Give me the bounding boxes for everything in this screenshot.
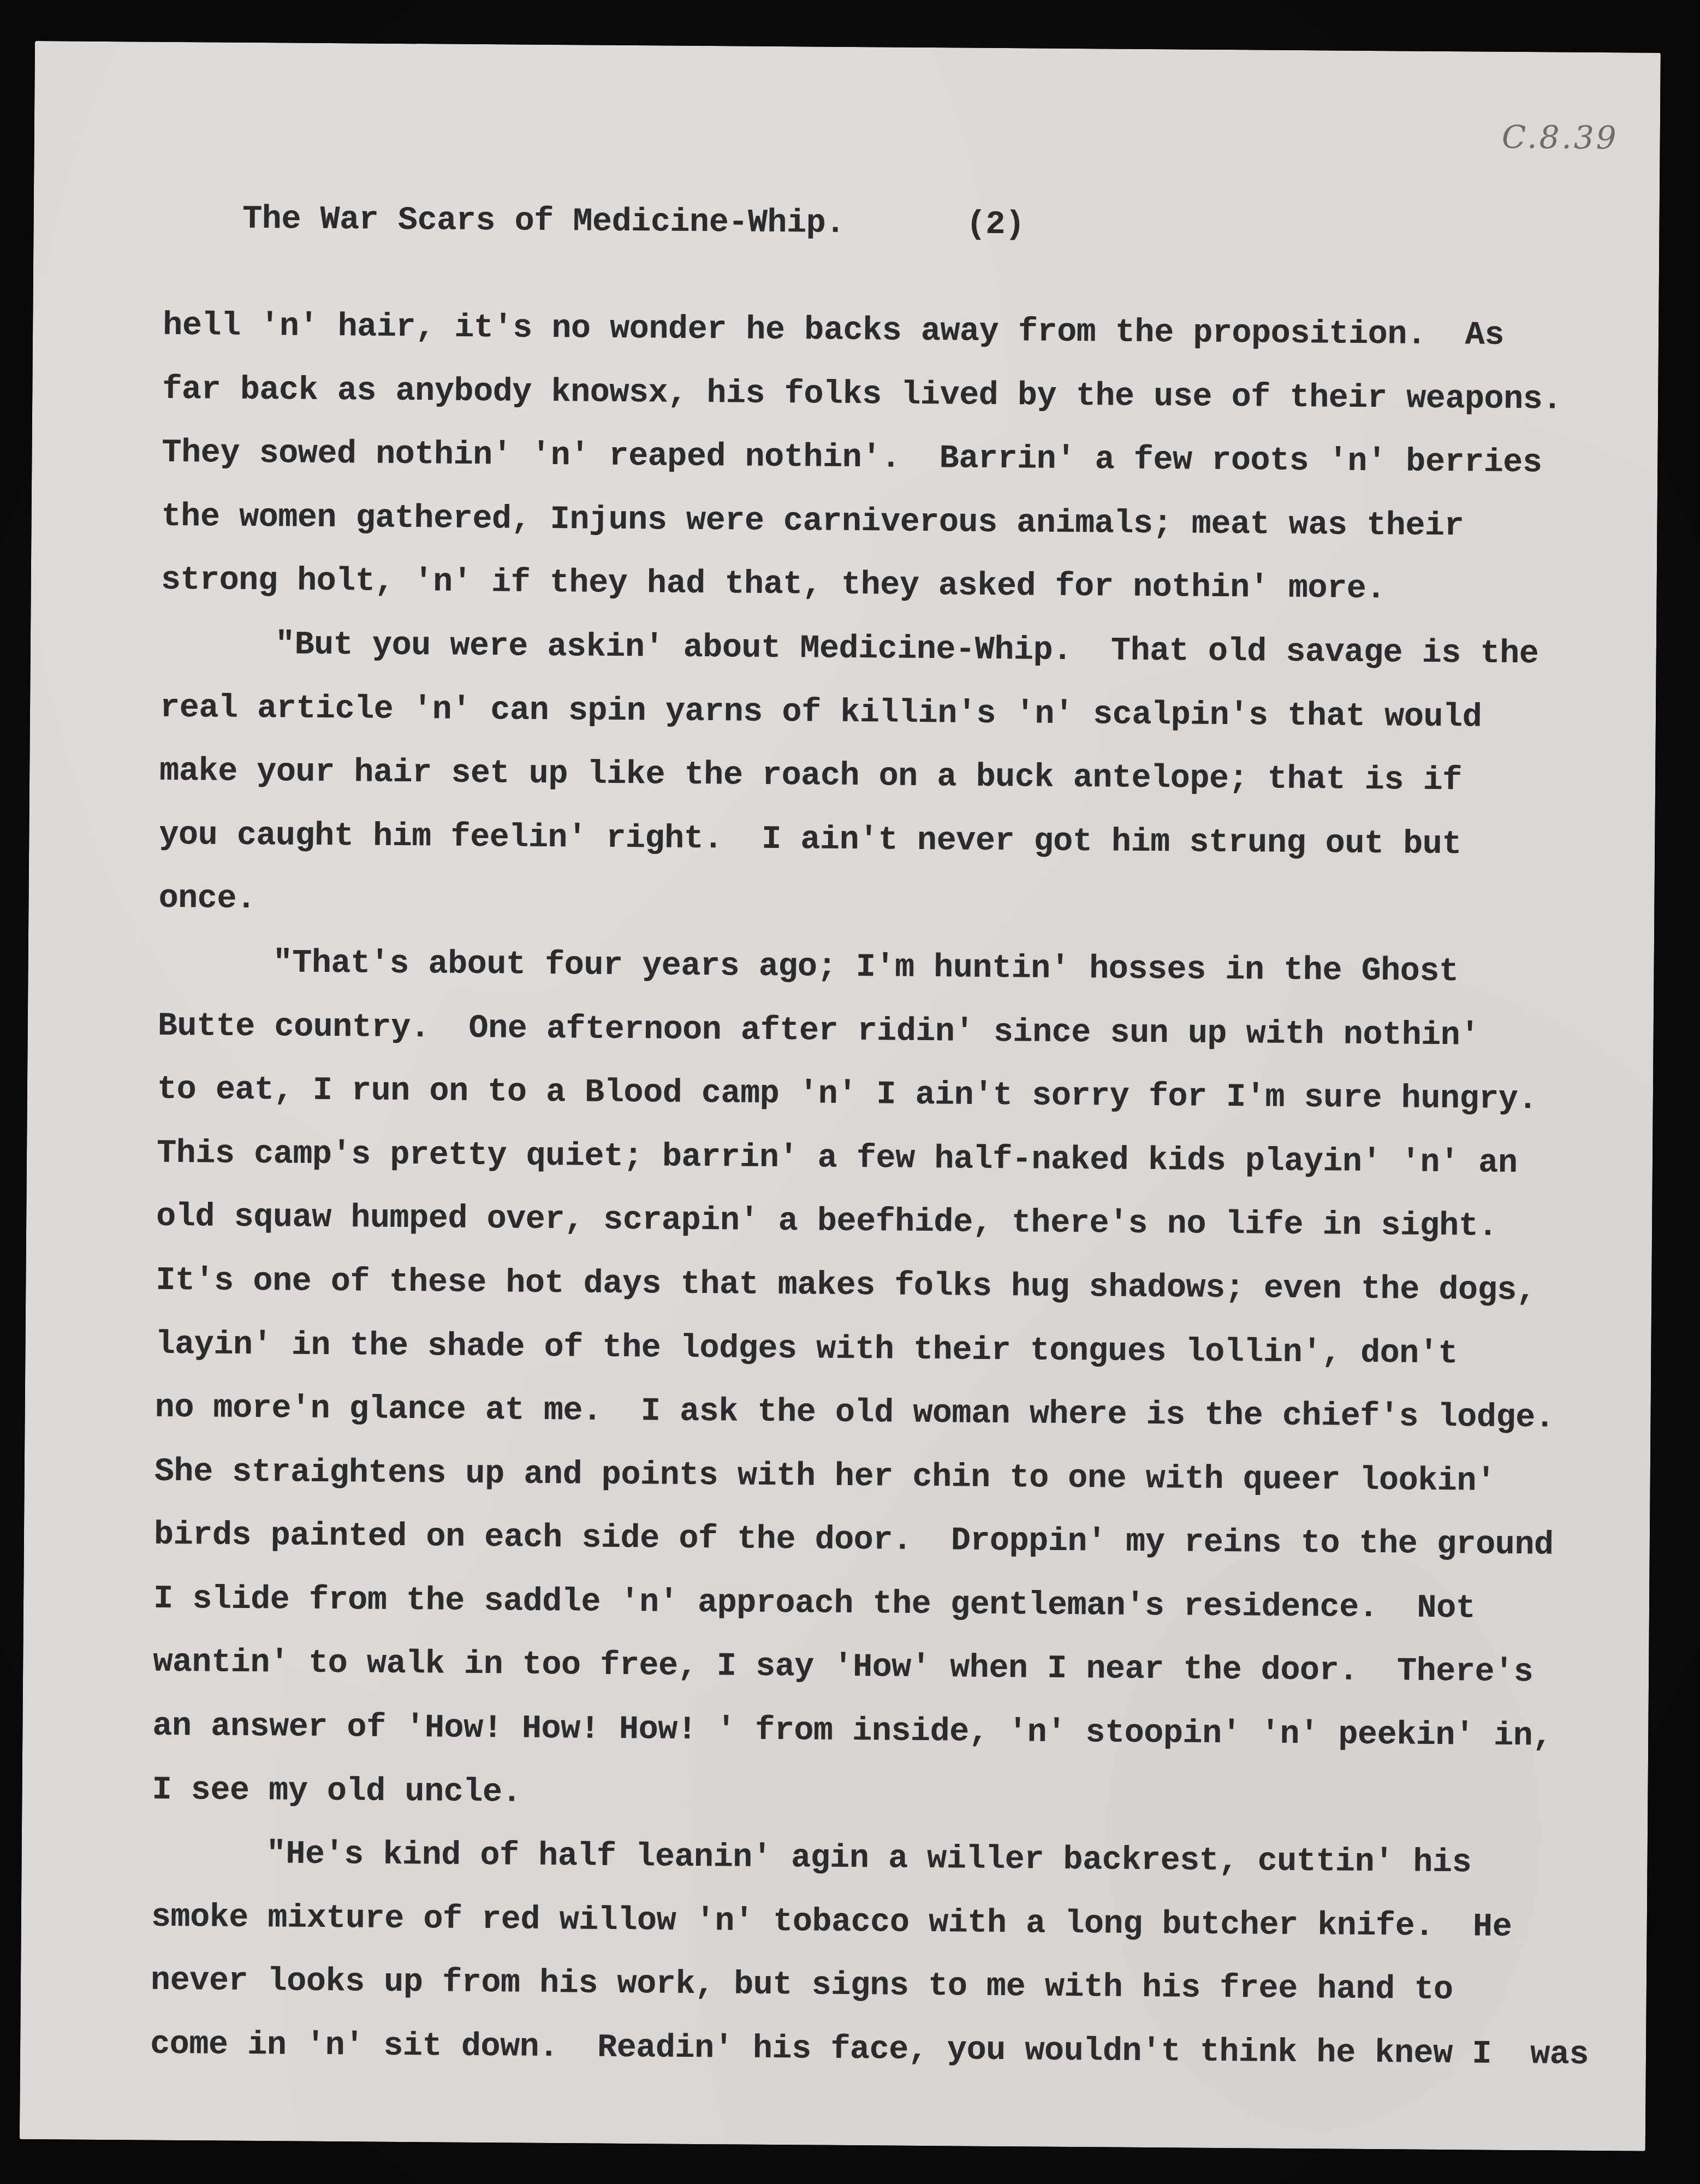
text-line: Butte country. One afternoon after ridin… bbox=[157, 994, 1596, 1069]
body-text: hell 'n' hair, it's no wonder he backs a… bbox=[150, 294, 1602, 2087]
text-line: once. bbox=[158, 867, 1597, 941]
text-line: come in 'n' sit down. Readin' his face, … bbox=[150, 2013, 1589, 2087]
text-line: It's one of these hot days that makes fo… bbox=[156, 1249, 1595, 1324]
text-line: strong holt, 'n' if they had that, they … bbox=[161, 549, 1600, 623]
text-line: to eat, I run on to a Blood camp 'n' I a… bbox=[157, 1058, 1596, 1132]
text-line: an answer of 'How! How! How! ' from insi… bbox=[152, 1695, 1591, 1769]
running-header: The War Scars of Medicine-Whip.(2) bbox=[164, 163, 1025, 281]
archive-reference-mark: C.8.39 bbox=[1502, 118, 1619, 157]
text-line: I slide from the saddle 'n' approach the… bbox=[153, 1568, 1592, 1642]
text-line: layin' in the shade of the lodges with t… bbox=[155, 1313, 1594, 1387]
header-title: The War Scars of Medicine-Whip. bbox=[242, 201, 845, 242]
text-line: wantin' to walk in too free, I say 'How'… bbox=[153, 1631, 1592, 1705]
page-number: (2) bbox=[966, 206, 1025, 244]
text-line: "That's about four years ago; I'm huntin… bbox=[158, 931, 1597, 1005]
text-line: never looks up from his work, but signs … bbox=[151, 1949, 1590, 2023]
text-line: They sowed nothin' 'n' reaped nothin'. B… bbox=[162, 422, 1601, 496]
typewritten-page: C.8.39 The War Scars of Medicine-Whip.(2… bbox=[20, 41, 1661, 2151]
text-line: "He's kind of half leanin' agin a willer… bbox=[151, 1822, 1590, 1896]
text-line: real article 'n' can spin yarns of killi… bbox=[160, 676, 1599, 750]
text-line: make your hair set up like the roach on … bbox=[159, 740, 1598, 814]
text-line: I see my old uncle. bbox=[152, 1758, 1591, 1832]
text-line: no more'n glance at me. I ask the old wo… bbox=[154, 1376, 1594, 1451]
text-line: This camp's pretty quiet; barrin' a few … bbox=[157, 1121, 1596, 1196]
text-line: far back as anybody knowsx, his folks li… bbox=[162, 358, 1601, 432]
text-line: She straightens up and points with her c… bbox=[154, 1440, 1593, 1514]
text-line: birds painted on each side of the door. … bbox=[154, 1504, 1593, 1578]
text-line: the women gathered, Injuns were carniver… bbox=[161, 485, 1600, 560]
text-line: you caught him feelin' right. I ain't ne… bbox=[159, 803, 1598, 877]
text-line: "But you were askin' about Medicine-Whip… bbox=[160, 613, 1599, 687]
text-line: smoke mixture of red willow 'n' tobacco … bbox=[151, 1885, 1590, 1960]
text-line: hell 'n' hair, it's no wonder he backs a… bbox=[163, 294, 1602, 369]
text-line: old squaw humped over, scrapin' a beefhi… bbox=[156, 1185, 1595, 1260]
